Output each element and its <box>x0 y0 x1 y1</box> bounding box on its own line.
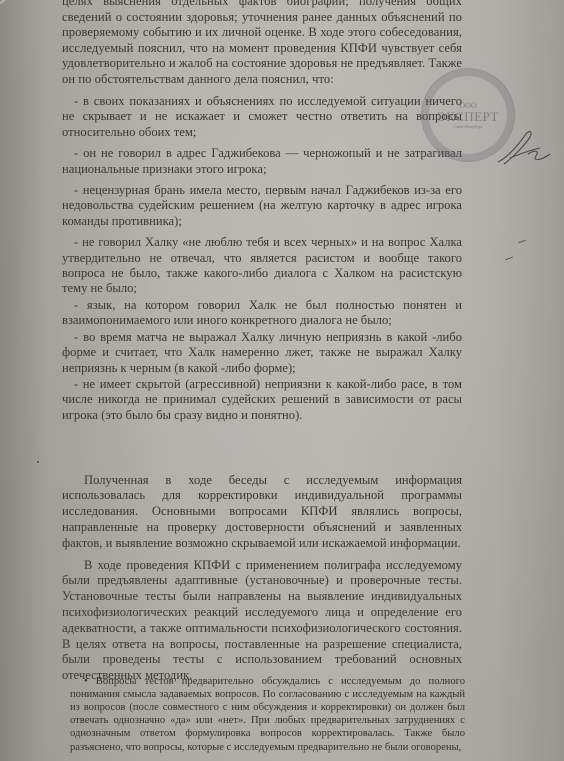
intro-text: целях выяснения отдельных фактов биограф… <box>62 0 462 88</box>
document-page: целях выяснения отдельных фактов биограф… <box>0 0 564 761</box>
statement-list: - в своих показаниях и объяснениях по ис… <box>62 94 462 424</box>
footnote: • Вопросы тестов предварительно обсуждал… <box>70 675 465 754</box>
margin-mark <box>518 240 526 244</box>
signature-icon <box>490 128 560 168</box>
body-paragraph-2: В ходе проведения КПФИ с применением пол… <box>62 558 462 684</box>
body-paragraph-1: Полученная в ходе беседы с исследуемым и… <box>62 473 462 552</box>
margin-dot <box>37 461 39 463</box>
margin-mark <box>505 257 513 261</box>
statement-item: - не говорил Халку «не люблю тебя и всех… <box>62 235 462 297</box>
statement-item: - нецензурная брань имела место, первым … <box>62 183 462 229</box>
statement-item: - не имеет скрытой (агрессивной) неприяз… <box>62 377 462 423</box>
page-fold-shadow <box>0 0 54 12</box>
statement-item: - в своих показаниях и объяснениях по ис… <box>62 94 462 140</box>
statement-item: - язык, на котором говорил Халк не был п… <box>62 298 462 329</box>
statement-item: - он не говорил в адрес Гаджибекова — че… <box>62 146 462 177</box>
statement-item: - во время матча не выражал Халку личную… <box>62 330 462 376</box>
intro-paragraph: целях выяснения отдельных фактов биограф… <box>62 0 462 88</box>
